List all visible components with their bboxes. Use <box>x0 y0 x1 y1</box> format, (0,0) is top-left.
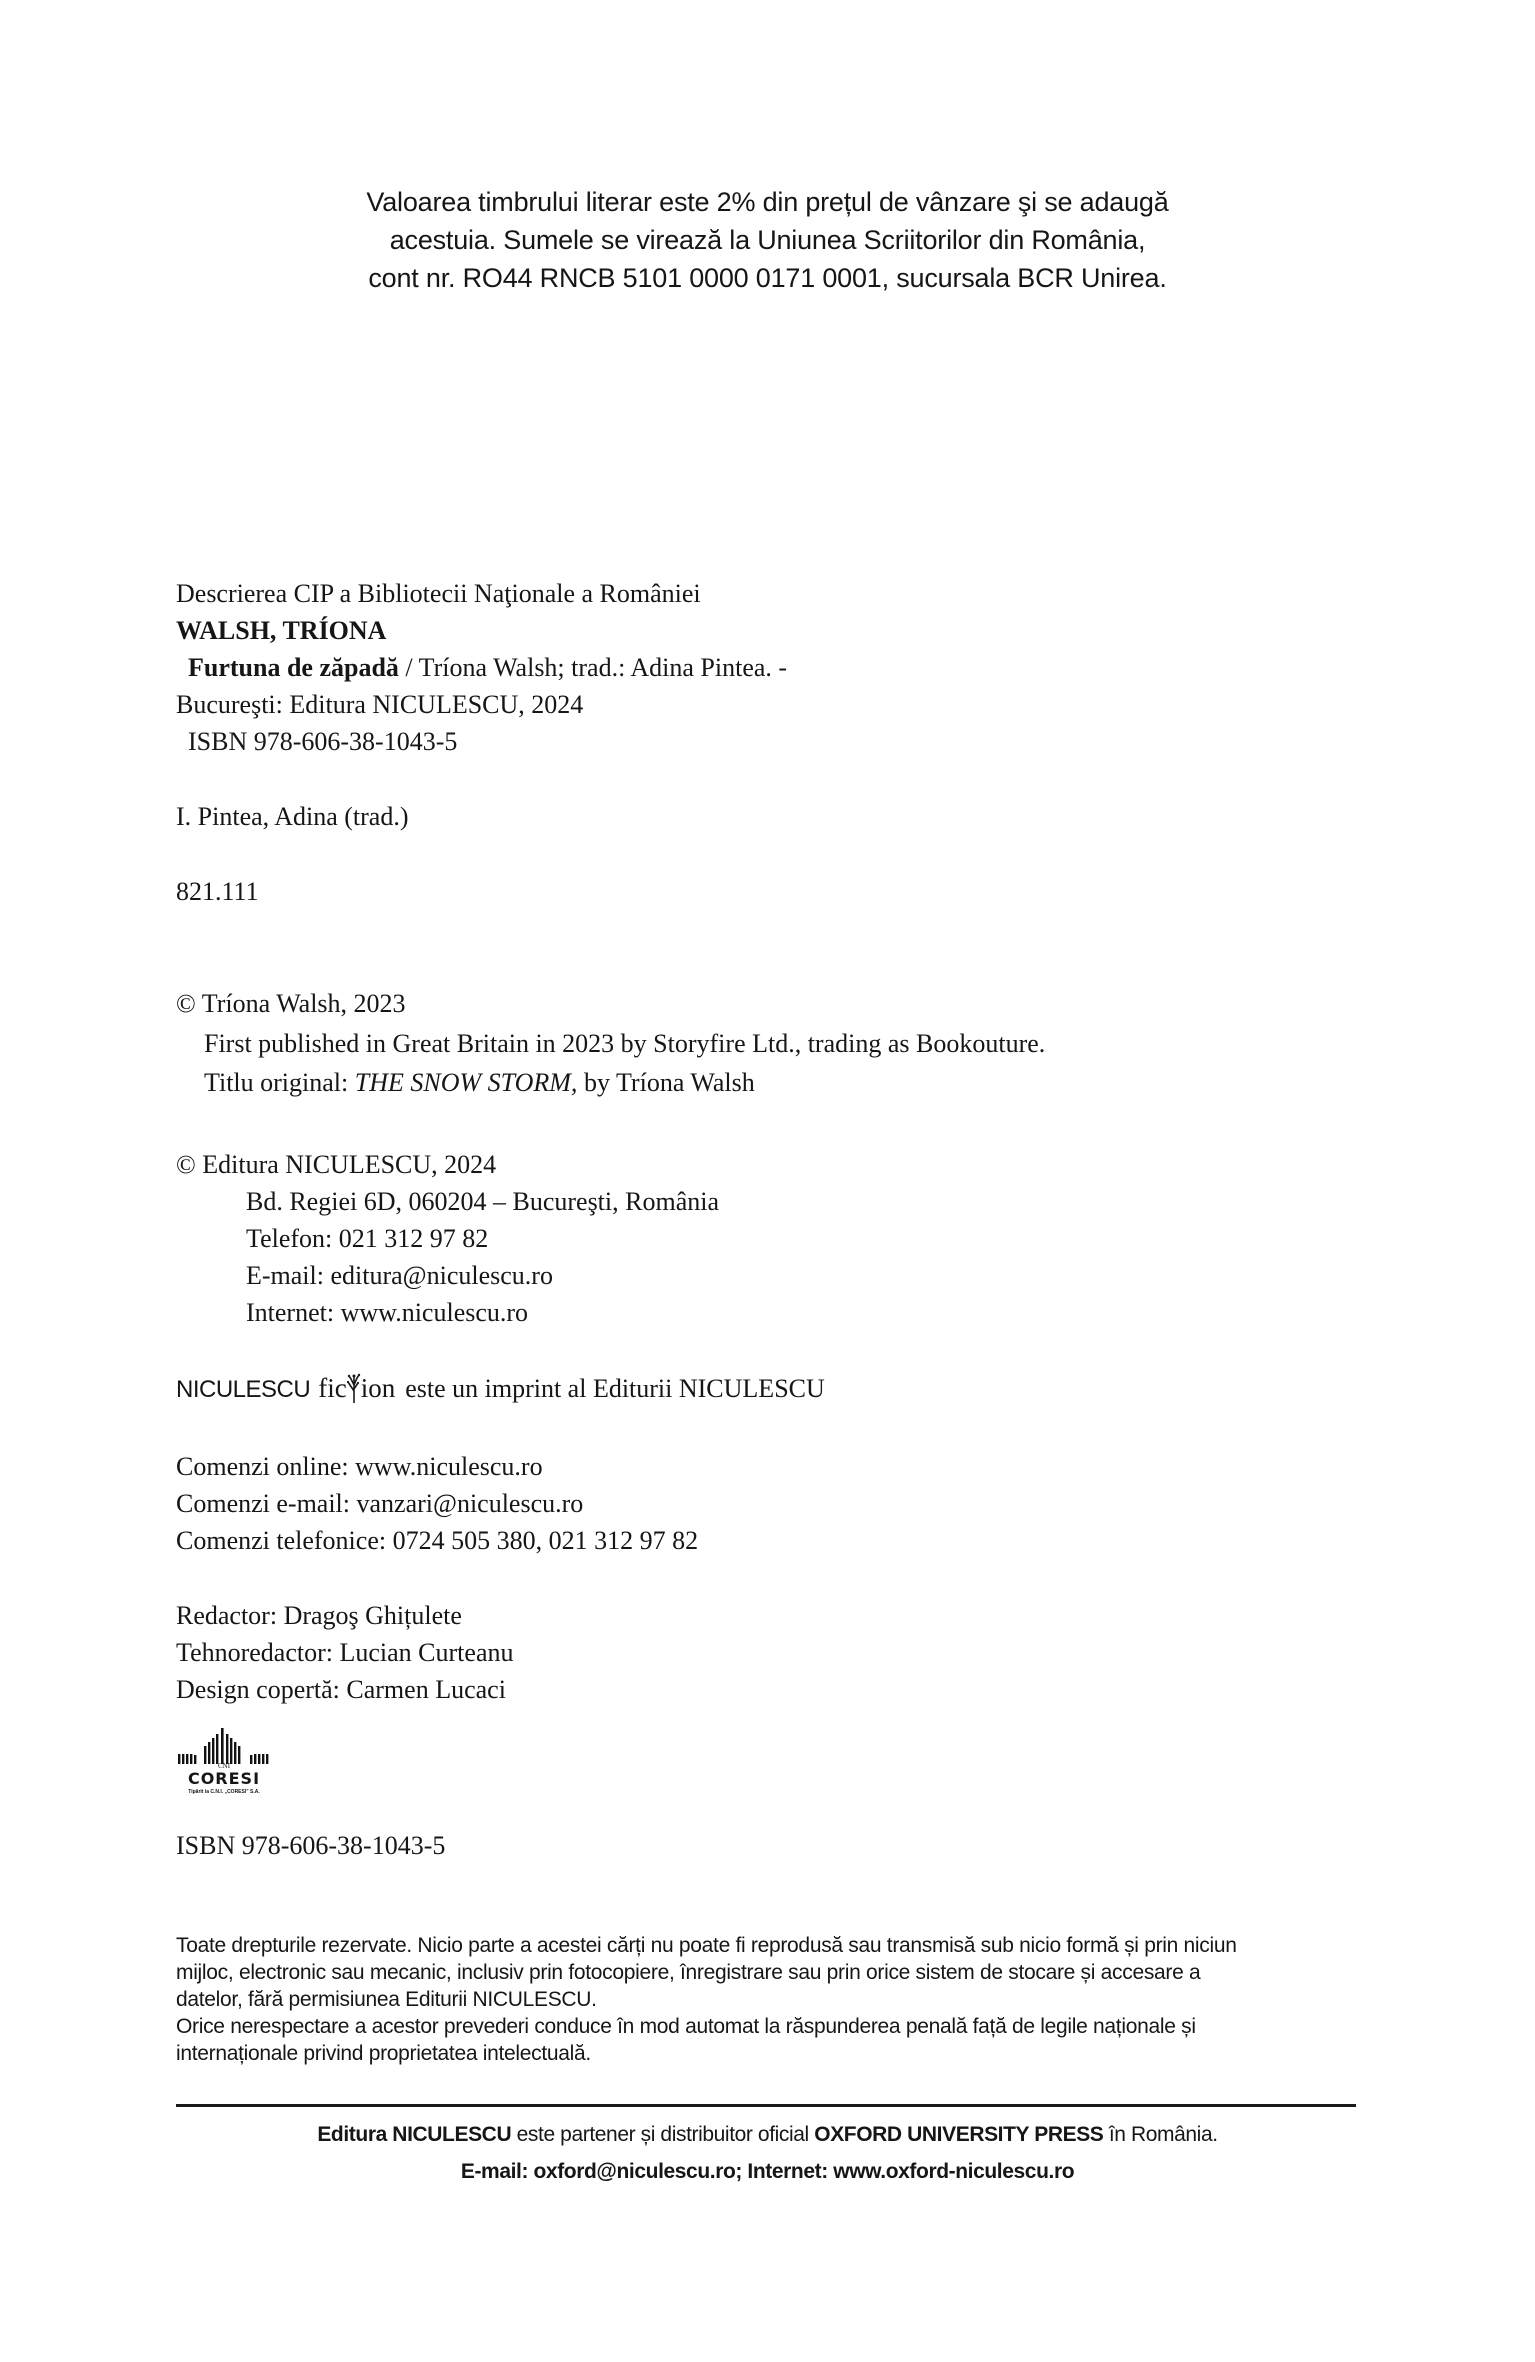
partner-end: în România. <box>1103 2123 1217 2146</box>
cip-publisher-line: Bucureşti: Editura NICULESCU, 2024 <box>176 686 787 723</box>
legal-line: Toate drepturile rezervate. Nicio parte … <box>176 1932 1356 1959</box>
stamp-notice-line: acestuia. Sumele se virează la Uniunea S… <box>0 221 1535 259</box>
credit-typesetter: Tehnoredactor: Lucian Curteanu <box>176 1634 513 1671</box>
publisher-website: Internet: www.niculescu.ro <box>176 1294 719 1331</box>
imprint-brand: NICULESCU <box>176 1371 310 1408</box>
original-title-author: by Tríona Walsh <box>577 1068 754 1097</box>
cip-title-line: Furtuna de zăpadă / Tríona Walsh; trad.:… <box>176 649 787 686</box>
cip-translator-entry: I. Pintea, Adina (trad.) <box>176 798 409 835</box>
orders-email: Comenzi e-mail: vanzari@niculescu.ro <box>176 1485 698 1522</box>
publisher-phone: Telefon: 021 312 97 82 <box>176 1220 719 1257</box>
fiction-text-start: fic <box>318 1373 346 1403</box>
legal-line: datelor, fără permisiunea Editurii NICUL… <box>176 1986 1356 2013</box>
partner-line: Editura NICULESCU este partener și distr… <box>0 2116 1535 2153</box>
original-copyright: © Tríona Walsh, 2023 First published in … <box>176 985 1045 1101</box>
original-title: THE SNOW STORM, <box>355 1068 578 1097</box>
orders-phone: Comenzi telefonice: 0724 505 380, 021 31… <box>176 1522 698 1559</box>
coresi-name: CORESI <box>176 1769 272 1788</box>
imprint-line: NICULESCU ficion este un imprint al Edit… <box>176 1370 825 1408</box>
imprint-text: este un imprint al Editurii NICULESCU <box>405 1370 825 1407</box>
staff-credits: Redactor: Dragoş Ghițulete Tehnoredactor… <box>176 1597 513 1708</box>
publisher-address: Bd. Regiei 6D, 060204 – Bucureşti, Român… <box>176 1183 719 1220</box>
stamp-notice-line: Valoarea timbrului literar este 2% din p… <box>0 183 1535 221</box>
original-title-line: Titlu original: THE SNOW STORM, by Tríon… <box>176 1064 1045 1101</box>
coresi-caption: Tipărit la C.N.I. „CORESI" S.A. <box>176 1789 272 1795</box>
tree-icon <box>347 1373 361 1403</box>
stamp-notice-line: cont nr. RO44 RNCB 5101 0000 0171 0001, … <box>0 259 1535 297</box>
orders-online: Comenzi online: www.niculescu.ro <box>176 1448 698 1485</box>
cip-isbn: ISBN 978-606-38-1043-5 <box>176 723 787 760</box>
fiction-text-end: ion <box>361 1373 396 1403</box>
partner-publisher: Editura NICULESCU <box>317 2123 511 2146</box>
printer-logo: CNI CORESI Tipărit la C.N.I. „CORESI" S.… <box>176 1728 272 1808</box>
cip-udc: 821.111 <box>176 873 259 910</box>
first-published-line: First published in Great Britain in 2023… <box>176 1025 1045 1062</box>
imprint-fiction-logo: ficion <box>318 1370 395 1407</box>
cip-heading: Descrierea CIP a Bibliotecii Naţionale a… <box>176 575 787 612</box>
cip-author: WALSH, TRÍONA <box>176 612 787 649</box>
original-copyright-line: © Tríona Walsh, 2023 <box>176 985 1045 1022</box>
original-title-label: Titlu original: <box>204 1068 355 1097</box>
legal-line: internaționale privind proprietatea inte… <box>176 2040 1356 2067</box>
stamp-notice: Valoarea timbrului literar este 2% din p… <box>0 183 1535 297</box>
cip-description: Descrierea CIP a Bibliotecii Naţionale a… <box>176 575 787 760</box>
isbn-footer: ISBN 978-606-38-1043-5 <box>176 1827 445 1864</box>
partner-oup: OXFORD UNIVERSITY PRESS <box>814 2123 1103 2146</box>
credit-cover-design: Design copertă: Carmen Lucaci <box>176 1671 513 1708</box>
cip-book-title: Furtuna de zăpadă <box>188 653 399 682</box>
orders-info: Comenzi online: www.niculescu.ro Comenzi… <box>176 1448 698 1559</box>
partner-middle: este partener și distribuitor oficial <box>511 2123 814 2146</box>
publisher-copyright: © Editura NICULESCU, 2024 Bd. Regiei 6D,… <box>176 1146 719 1331</box>
legal-line: Orice nerespectare a acestor prevederi c… <box>176 2013 1356 2040</box>
partner-footer: Editura NICULESCU este partener și distr… <box>0 2116 1535 2190</box>
credit-editor: Redactor: Dragoş Ghițulete <box>176 1597 513 1634</box>
legal-line: mijloc, electronic sau mecanic, inclusiv… <box>176 1959 1356 1986</box>
publisher-email: E-mail: editura@niculescu.ro <box>176 1257 719 1294</box>
cip-title-rest: / Tríona Walsh; trad.: Adina Pintea. - <box>399 653 787 682</box>
publisher-copyright-line: © Editura NICULESCU, 2024 <box>176 1146 719 1183</box>
divider <box>176 2104 1356 2107</box>
legal-notice: Toate drepturile rezervate. Nicio parte … <box>176 1932 1356 2067</box>
partner-contact: E-mail: oxford@niculescu.ro; Internet: w… <box>0 2153 1535 2190</box>
